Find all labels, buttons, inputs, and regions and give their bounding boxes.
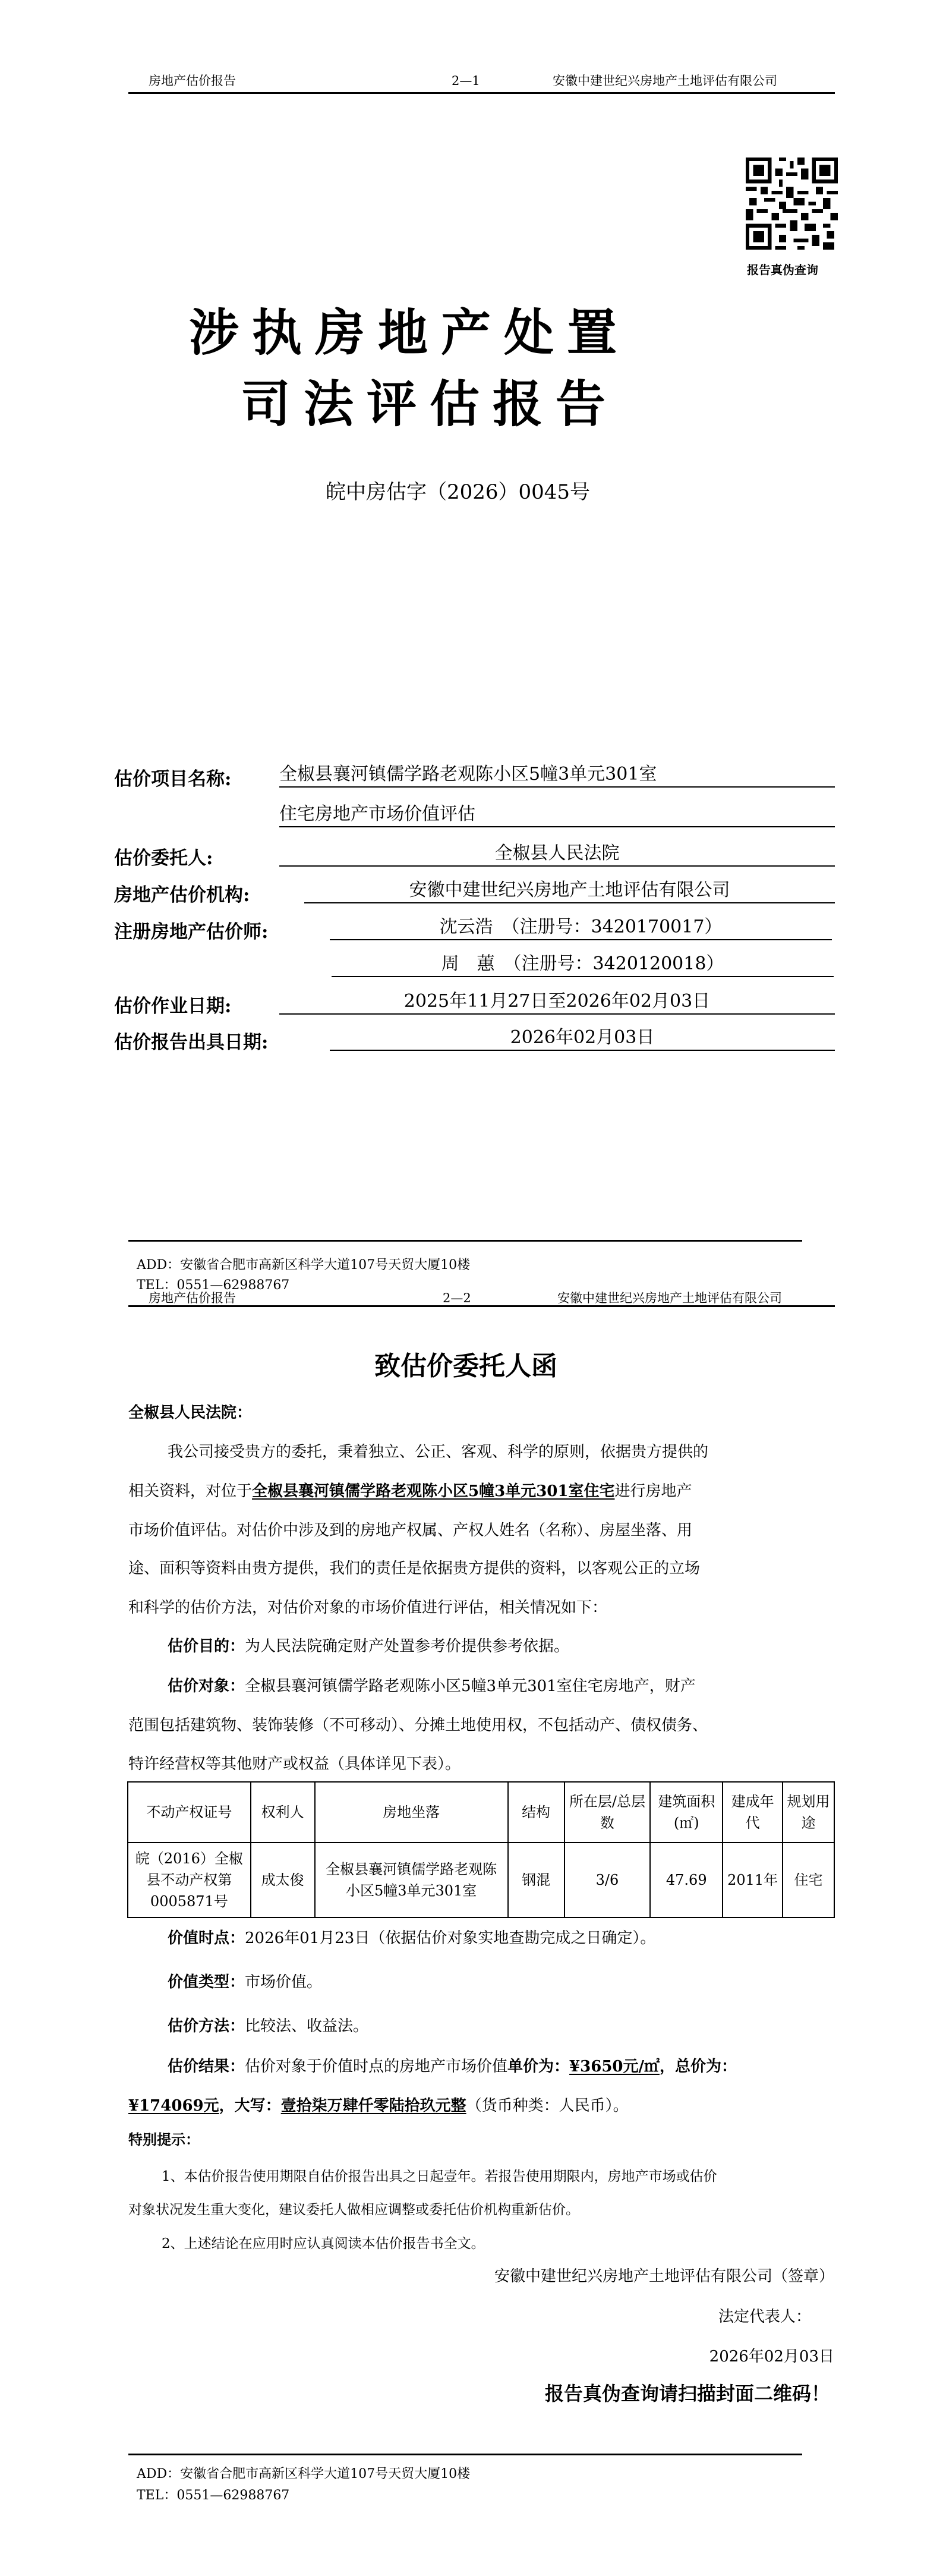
- table-cell-use: 住宅: [783, 1843, 834, 1917]
- letter-title: 致估价委托人函: [374, 1344, 557, 1383]
- page2-footer-rule: [128, 2454, 802, 2455]
- unit-price-label: 单价为：: [507, 2058, 569, 2076]
- value-type-paragraph: 价值类型：市场价值。: [168, 1973, 322, 1991]
- intro-line-1: 我公司接受贵方的委托，秉着独立、公正、客观、科学的原则，依据贵方提供的: [168, 1443, 708, 1461]
- method-value: 比较法、收益法。: [245, 2017, 368, 2035]
- intro-line-2-pre: 相关资料，对位于: [128, 1482, 252, 1500]
- page1-footer-rule: [128, 1240, 802, 1242]
- verify-note: 报告真伪查询请扫描封面二维码！: [545, 2379, 830, 2406]
- table-header-row: 不动产权证号 权利人 房地坐落 结构 所在层/总层数 建筑面积(㎡) 建成年代 …: [128, 1782, 834, 1843]
- project-name-value-line1: 全椒县襄河镇儒学路老观陈小区5幢3单元301室: [279, 763, 835, 788]
- table-header-cell: 所在层/总层数: [564, 1782, 651, 1843]
- value-type-value: 市场价值。: [245, 1973, 322, 1991]
- page1-footer-address: ADD：安徽省合肥市高新区科学大道107号天贸大厦10楼: [137, 1258, 470, 1273]
- table-cell-area: 47.69: [650, 1843, 723, 1917]
- currency-note: （货币种类：人民币）。: [466, 2097, 629, 2115]
- table-header-cell: 规划用途: [783, 1782, 834, 1843]
- intro-line-5: 和科学的估价方法，对估价对象的市场价值进行评估，相关情况如下：: [128, 1599, 607, 1617]
- purpose-paragraph: 估价目的：为人民法院确定财产处置参考价提供参考依据。: [168, 1637, 569, 1655]
- total-price-label: ，总价为：: [660, 2058, 737, 2076]
- value-date-paragraph: 价值时点：2026年01月23日（依据估价对象实地查勘完成之日确定）。: [168, 1929, 655, 1947]
- client-value: 全椒县人民法院: [279, 842, 835, 867]
- total-price-value: ¥174069元: [128, 2097, 219, 2115]
- page2-header-right: 安徽中建世纪兴房地产土地评估有限公司: [557, 1291, 782, 1305]
- property-table: 不动产权证号 权利人 房地坐落 结构 所在层/总层数 建筑面积(㎡) 建成年代 …: [127, 1781, 835, 1918]
- object-line-1: 估价对象：全椒县襄河镇儒学路老观陈小区5幢3单元301室住宅房地产，财产: [168, 1677, 696, 1695]
- unit-price-value: ¥3650元/㎡: [569, 2058, 660, 2076]
- project-name-label: 估价项目名称:: [114, 764, 231, 791]
- table-header-cell: 房地坐落: [315, 1782, 508, 1843]
- value-type-label: 价值类型：: [168, 1973, 245, 1991]
- object-line-3: 特许经营权等其他财产或权益（具体详见下表）。: [128, 1755, 461, 1773]
- table-cell-structure: 钢混: [508, 1843, 564, 1917]
- value-date-value: 2026年01月23日（依据估价对象实地查勘完成之日确定）。: [245, 1929, 655, 1947]
- value-date-label: 价值时点：: [168, 1929, 245, 1947]
- special-notice-title: 特别提示：: [128, 2131, 200, 2149]
- table-header-cell: 结构: [508, 1782, 564, 1843]
- capital-amount: 壹拾柒万肆仟零陆拾玖元整: [281, 2097, 466, 2115]
- purpose-value: 为人民法院确定财产处置参考价提供参考依据。: [245, 1637, 569, 1655]
- table-header-cell: 不动产权证号: [128, 1782, 251, 1843]
- page2-header-page-number: 2—2: [443, 1291, 471, 1305]
- object-label: 估价对象：: [168, 1677, 245, 1695]
- report-title-line2: 司法评估报告: [241, 374, 619, 434]
- salutation: 全椒县人民法院：: [128, 1404, 252, 1422]
- table-cell-cert-no: 皖（2016）全椒县不动产权第0005871号: [128, 1843, 251, 1917]
- project-name-value-line2: 住宅房地产市场价值评估: [279, 802, 835, 827]
- report-title-line1: 涉执房地产处置: [189, 303, 630, 363]
- table-cell-floor: 3/6: [564, 1843, 651, 1917]
- property-address-highlight: 全椒县襄河镇儒学路老观陈小区5幢3单元301室住宅: [252, 1482, 614, 1500]
- signature-date: 2026年02月03日: [709, 2348, 834, 2366]
- intro-line-4: 途、面积等资料由贵方提供，我们的责任是依据贵方提供的资料，以客观公正的立场: [128, 1560, 700, 1577]
- method-label: 估价方法：: [168, 2017, 245, 2035]
- table-cell-year: 2011年: [723, 1843, 783, 1917]
- page2-footer-address: ADD：安徽省合肥市高新区科学大道107号天贸大厦10楼: [137, 2467, 470, 2482]
- page1-header-right: 安徽中建世纪兴房地产土地评估有限公司: [553, 74, 777, 88]
- object-value: 全椒县襄河镇儒学路老观陈小区5幢3单元301室住宅房地产，财产: [245, 1677, 696, 1695]
- agency-label: 房地产估价机构:: [114, 880, 250, 906]
- agency-value: 安徽中建世纪兴房地产土地评估有限公司: [304, 878, 835, 903]
- capital-label: ，大写：: [219, 2097, 281, 2115]
- intro-line-2: 相关资料，对位于全椒县襄河镇儒学路老观陈小区5幢3单元301室住宅进行房地产: [128, 1482, 692, 1500]
- qr-code-icon[interactable]: [746, 158, 838, 250]
- table-header-cell: 权利人: [251, 1782, 315, 1843]
- object-line-2: 范围包括建筑物、装饰装修（不可移动）、分摊土地使用权，不包括动产、债权债务、: [128, 1717, 708, 1734]
- page2-header-rule: [128, 1305, 835, 1307]
- page2-header-left: 房地产估价报告: [149, 1291, 236, 1305]
- client-label: 估价委托人:: [114, 843, 213, 870]
- result-line-1: 估价结果：估价对象于价值时点的房地产市场价值单价为：¥3650元/㎡，总价为：: [168, 2058, 737, 2076]
- result-text: 估价对象于价值时点的房地产市场价值: [245, 2058, 507, 2076]
- page1-header-page-number: 2—1: [452, 74, 480, 88]
- table-cell-owner: 成太俊: [251, 1843, 315, 1917]
- report-date-value: 2026年02月03日: [330, 1026, 835, 1051]
- signature-company: 安徽中建世纪兴房地产土地评估有限公司（签章）: [494, 2268, 834, 2285]
- work-date-value: 2025年11月27日至2026年02月03日: [279, 990, 835, 1015]
- notice-item-2: 2、上述结论在应用时应认真阅读本估价报告书全文。: [162, 2235, 485, 2253]
- page1-header-rule: [128, 92, 835, 94]
- method-paragraph: 估价方法：比较法、收益法。: [168, 2017, 368, 2035]
- appraiser-2-value: 周 蕙 （注册号：3420120018）: [332, 952, 834, 977]
- qr-code-label: 报告真伪查询: [747, 260, 818, 278]
- notice-item-1-line-1: 1、本估价报告使用期限自估价报告出具之日起壹年。若报告使用期限内，房地产市场或估…: [162, 2168, 717, 2185]
- table-cell-location: 全椒县襄河镇儒学路老观陈小区5幢3单元301室: [315, 1843, 508, 1917]
- purpose-label: 估价目的：: [168, 1637, 245, 1655]
- appraiser-label: 注册房地产估价师:: [114, 917, 268, 943]
- appraiser-1-value: 沈云浩 （注册号：3420170017）: [330, 915, 832, 940]
- document-number: 皖中房估字（2026）0045号: [326, 475, 590, 505]
- table-row: 皖（2016）全椒县不动产权第0005871号 成太俊 全椒县襄河镇儒学路老观陈…: [128, 1843, 834, 1917]
- result-line-2: ¥174069元，大写：壹拾柒万肆仟零陆拾玖元整（货币种类：人民币）。: [128, 2097, 629, 2115]
- page2-footer-phone: TEL：0551—62988767: [137, 2488, 289, 2503]
- notice-item-1-line-2: 对象状况发生重大变化，建议委托人做相应调整或委托估价机构重新估价。: [128, 2201, 579, 2219]
- work-date-label: 估价作业日期:: [114, 991, 231, 1018]
- intro-line-2-post: 进行房地产: [614, 1482, 692, 1500]
- table-header-cell: 建筑面积(㎡): [650, 1782, 723, 1843]
- page1-header-left: 房地产估价报告: [149, 74, 236, 88]
- result-label: 估价结果：: [168, 2058, 245, 2076]
- intro-line-3: 市场价值评估。对估价中涉及到的房地产权属、产权人姓名（名称）、房屋坐落、用: [128, 1522, 692, 1539]
- table-header-cell: 建成年代: [723, 1782, 783, 1843]
- legal-representative-label: 法定代表人：: [718, 2308, 811, 2326]
- report-date-label: 估价报告出具日期:: [114, 1027, 268, 1054]
